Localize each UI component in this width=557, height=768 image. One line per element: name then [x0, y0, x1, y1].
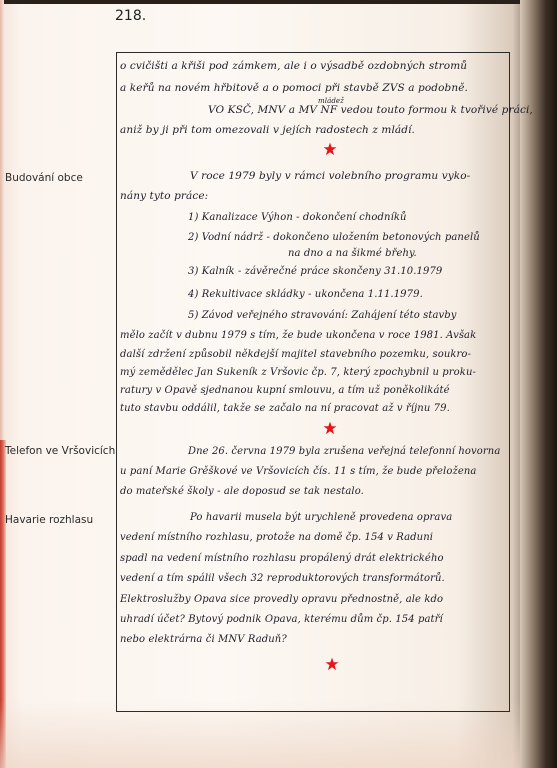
red-star-icon	[323, 142, 337, 156]
budovani-item-5: 5) Závod veřejného stravování: Zahájení …	[188, 310, 457, 321]
margin-label-havarie-rozhlasu: Havarie rozhlasu	[5, 514, 93, 526]
page-number: 218.	[115, 8, 146, 24]
budovani-item-1: 1) Kanalizace Výhon - dokončení chodníků	[188, 212, 407, 223]
budovani-cont-line-4: ratury v Opavě sjednanou kupní smlouvu, …	[120, 385, 450, 396]
havarie-line-7: nebo elektrárna či MNV Raduň?	[120, 634, 287, 645]
budovani-cont-line-3: mý zemědělec Jan Sukeník z Vršovic čp. 7…	[120, 367, 476, 378]
havarie-line-2: vedení místního rozhlasu, protože na dom…	[120, 532, 433, 543]
havarie-line-1: Po havarii musela být urychleně proveden…	[190, 512, 452, 523]
telefon-line-1: Dne 26. června 1979 byla zrušena veřejná…	[188, 446, 500, 457]
red-star-icon	[323, 421, 337, 435]
havarie-line-5: Elektroslužby Opava sice provedly opravu…	[120, 594, 443, 605]
budovani-item-2-cont: na dno a na šikmé břehy.	[288, 248, 417, 259]
intro-line-2: a keřů na novém hřbitově a o pomoci při …	[120, 82, 468, 94]
budovani-cont-line-5: tuto stavbu oddálil, takže se začalo na …	[120, 403, 450, 414]
telefon-line-2: u paní Marie Grěškové ve Vršovicích čís.…	[120, 466, 476, 477]
red-star-icon	[325, 657, 339, 671]
budovani-line-2: nány tyto práce:	[120, 190, 208, 202]
chronicle-page: 218. Budování obce Telefon ve Vršovicích…	[0, 0, 557, 768]
havarie-line-6: uhradí účet? Bytový podnik Opava, kterém…	[120, 614, 443, 625]
havarie-line-3: spadl na vedení místního rozhlasu propál…	[120, 553, 444, 564]
budovani-item-3: 3) Kalník - závěrečné práce skončeny 31.…	[188, 266, 442, 277]
margin-label-telefon: Telefon ve Vršovicích	[5, 445, 115, 457]
intro-line-4: aniž by ji při tom omezovali v jejích ra…	[120, 124, 415, 136]
telefon-line-3: do mateřské školy - ale doposud se tak n…	[120, 486, 364, 497]
text-frame	[116, 52, 510, 712]
intro-line-1: o cvičišti a křiši pod zámkem, ale i o v…	[120, 60, 467, 72]
budovani-cont-line-1: mělo začít v dubnu 1979 s tím, že bude u…	[120, 330, 476, 341]
intro-line-3: VO KSČ, MNV a MV NF vedou touto formou k…	[208, 104, 533, 116]
margin-label-budovani-obce: Budování obce	[5, 172, 83, 184]
left-margin-tint	[0, 0, 4, 440]
budovani-item-4: 4) Rekultivace skládky - ukončena 1.11.1…	[188, 289, 423, 300]
budovani-line-1: V roce 1979 byly v rámci volebního progr…	[190, 170, 470, 182]
havarie-line-4: vedení a tím spálil všech 32 reproduktor…	[120, 573, 445, 584]
budovani-cont-line-2: další zdržení způsobil někdejší majitel …	[120, 349, 471, 360]
page-top-edge	[0, 0, 557, 4]
budovani-item-2: 2) Vodní nádrž - dokončeno uložením beto…	[188, 232, 480, 243]
